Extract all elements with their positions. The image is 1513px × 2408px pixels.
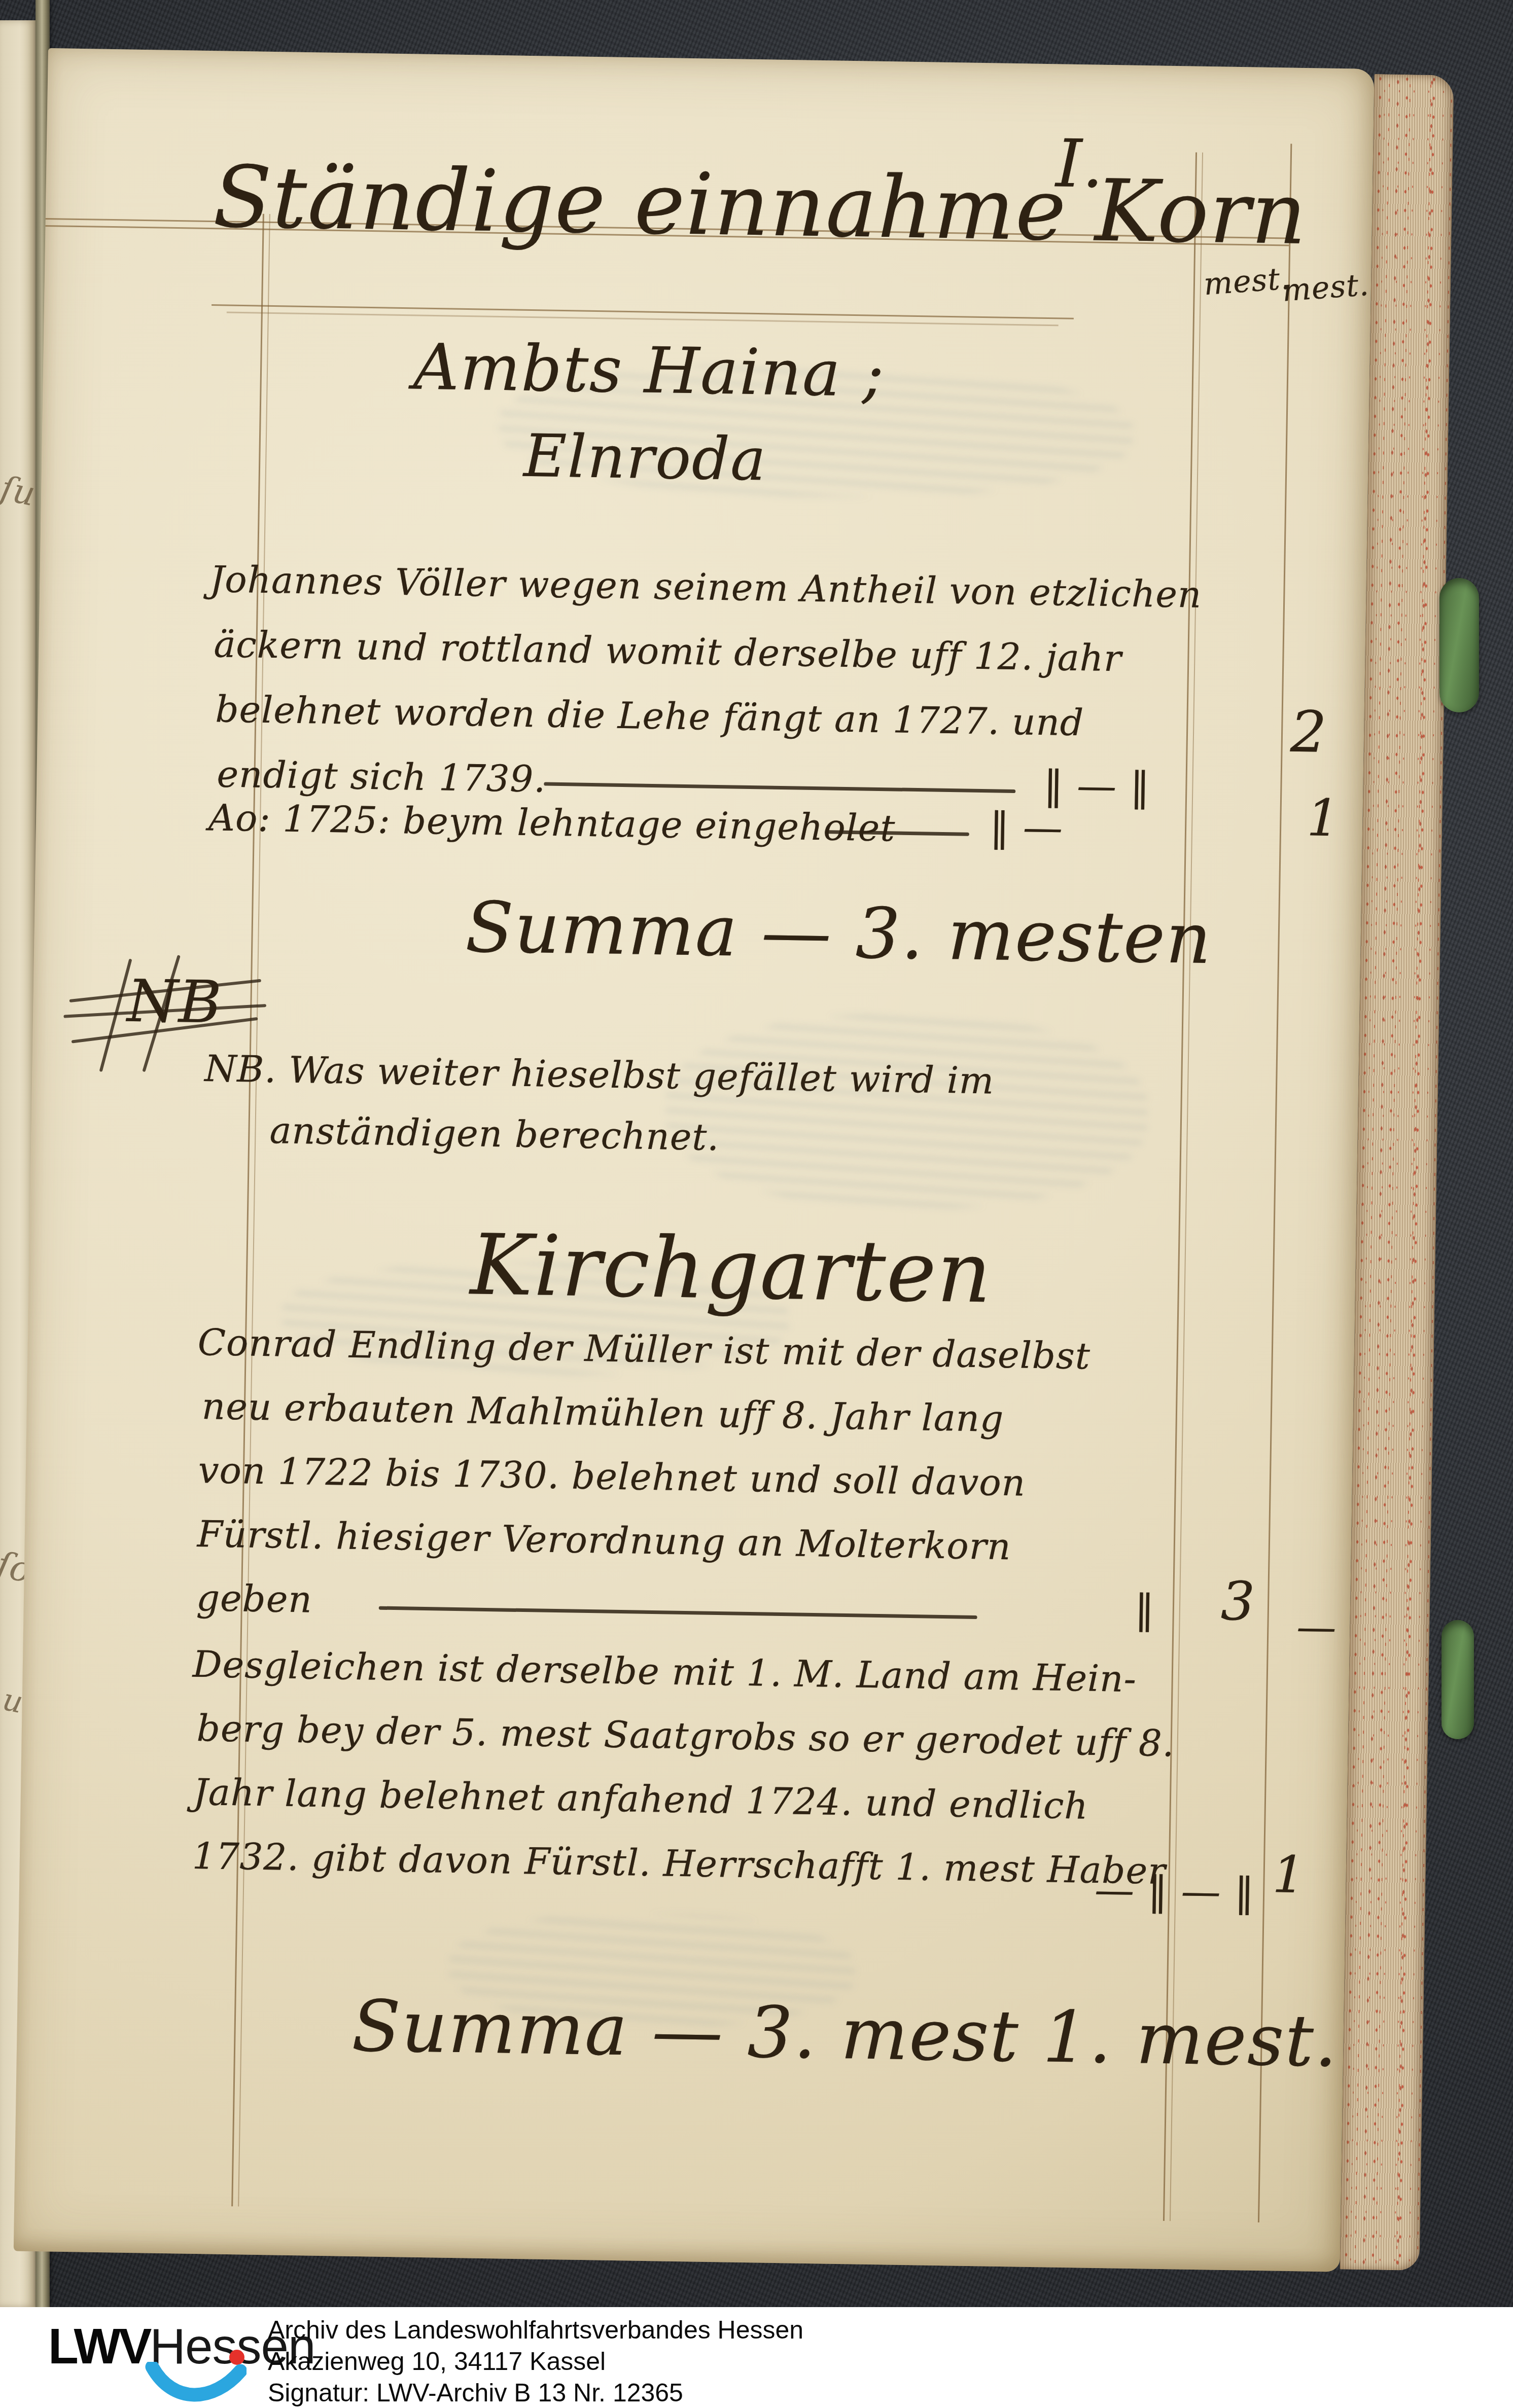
footer-address-block: Archiv des Landeswohlfahrtsverbandes Hes… (268, 2314, 803, 2408)
entry-line: 1732. gibt davon Fürstl. Herrschafft 1. … (192, 1835, 1166, 1892)
entry-line: Jahr lang belehnet anfahend 1724. und en… (193, 1771, 1088, 1827)
archive-scan: ſu ſo u Ständige einnahme Korn I. mest. (0, 0, 1513, 2408)
ink-dash (544, 782, 1015, 794)
entry-line: äckern und rottland womit derselbe uff 1… (214, 623, 1122, 679)
entry-line: belehnet worden die Lehe fängt an 1727. … (215, 688, 1084, 744)
district-heading: Ambts Haina ; (413, 330, 885, 411)
page-title: Ständige einnahme Korn (213, 147, 1308, 264)
archive-footer: LWVHessen Archiv des Landeswohlfahrtsver… (0, 2307, 1513, 2408)
place-heading: Elnroda (523, 422, 767, 494)
margin-value: 1 (1307, 788, 1340, 848)
entry-line: von 1722 bis 1730. belehnet und soll dav… (198, 1449, 1026, 1504)
margin-value: 2 (1290, 699, 1327, 766)
bleedthrough-smudge (664, 1011, 1149, 1211)
margin-marks: — ‖ — ‖ (1094, 1867, 1255, 1916)
heading-underline-1 (212, 304, 1074, 319)
summa-line: Summa — 3. mesten (465, 886, 1213, 980)
footer-line-signatur: Signatur: LWV-Archiv B 13 Nr. 12365 (268, 2377, 803, 2408)
footer-line-address: Akazienweg 10, 34117 Kassel (268, 2346, 803, 2377)
margin-marks: ‖ (1134, 1587, 1155, 1633)
entry-line: berg bey der 5. mest Saatgrobs so er ger… (196, 1707, 1175, 1765)
ruled-line-left-2 (238, 214, 270, 2207)
margin-value: 1 (1272, 1845, 1306, 1904)
column-header-mest-2: mest. (1281, 267, 1370, 309)
page-number: I. (1055, 125, 1104, 202)
ribbon-marker-icon (1441, 1620, 1474, 1739)
column-header-mest-1: mest. (1203, 261, 1292, 302)
entry-line: endigt sich 1739. (217, 752, 546, 800)
ruled-line-right-3 (1258, 143, 1292, 2222)
heading-underline-2 (227, 312, 1059, 327)
summa-line: Summa — 3. mest 1. mest. (351, 1985, 1339, 2083)
entry-line: Conrad Endling der Müller ist mit der da… (197, 1321, 1090, 1378)
entry-line: Johannes Völler wegen seinem Antheil von… (209, 558, 1202, 616)
margin-fragment: ſu (0, 469, 39, 514)
section-heading: Kirchgarten (470, 1216, 993, 1321)
ink-dash (379, 1606, 977, 1620)
logo-swoosh-icon (145, 2362, 247, 2405)
margin-marks: ‖ — ‖ (1043, 763, 1151, 810)
entry-line: Desgleichen ist derselbe mit 1. M. Land … (192, 1643, 1137, 1700)
entry-line: geben (196, 1576, 312, 1621)
entry-line: neu erbauten Mahlmühlen uff 8. Jahr lang (201, 1385, 1004, 1440)
ribbon-marker-icon (1439, 578, 1479, 712)
entry-line: Fürstl. hiesiger Verordnung an Molterkor… (197, 1513, 1011, 1568)
margin-value: 3 (1220, 1570, 1256, 1633)
book-block: Ständige einnahme Korn I. mest. mest. Am… (14, 48, 1454, 2273)
logo-lwv-text: LWV (48, 2318, 150, 2374)
manuscript-page: Ständige einnahme Korn I. mest. mest. Am… (14, 48, 1375, 2272)
footer-line-archive: Archiv des Landeswohlfahrtsverbandes Hes… (268, 2314, 803, 2346)
note-line: anständigen berechnet. (269, 1109, 720, 1159)
margin-marks: — (1296, 1604, 1337, 1650)
ruled-line-left-1 (231, 214, 264, 2207)
entry-line: Ao: 1725: beym lehntage eingeholet (208, 796, 896, 849)
margin-marks: ‖ — (989, 804, 1063, 851)
